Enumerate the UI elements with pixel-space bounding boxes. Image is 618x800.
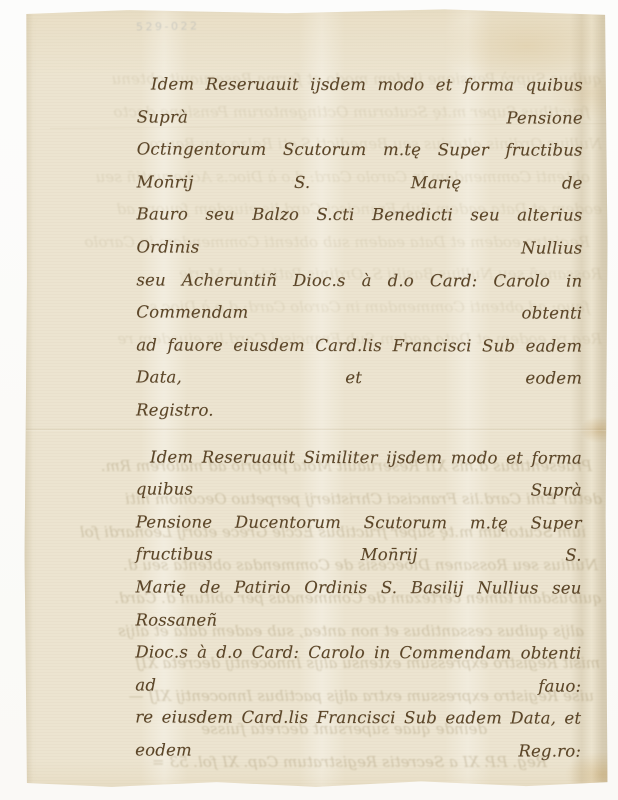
paper-fold-crease xyxy=(26,428,606,431)
manuscript-line: Octingentorum Scutorum m.tę Super fructi… xyxy=(137,134,583,200)
pencil-catalog-note: 529-022 xyxy=(136,19,200,33)
manuscript-line: Dioc.s à d.o Card: Carolo in Commendam o… xyxy=(135,637,581,703)
manuscript-line: Pensione Ducentorum Scutorum m.tę Super … xyxy=(136,506,582,572)
manuscript-line: seu Acheruntiñ Dioc.s à d.o Card: Carolo… xyxy=(136,264,582,330)
manuscript-line: ad fauore eiusdem Card.lis Francisci Sub… xyxy=(136,329,582,395)
manuscript-paragraph-2: Idem Reseruauit Similiter ijsdem modo et… xyxy=(135,441,582,768)
manuscript-page: quibus Suprà Pensione ijsdem modo et for… xyxy=(24,7,608,790)
manuscript-line: Idem Reseruauit Similiter ijsdem modo et… xyxy=(136,441,582,507)
manuscript-line: Marię de Patirio Ordinis S. Basilij Null… xyxy=(135,571,581,637)
manuscript-paragraph-1: Idem Reseruauit ijsdem modo et forma qui… xyxy=(136,68,583,428)
scanner-background: quibus Suprà Pensione ijsdem modo et for… xyxy=(0,0,618,800)
manuscript-line: Bauro seu Balzo S.cti Benedicti seu alte… xyxy=(136,199,582,265)
manuscript-line: re eiusdem Card.lis Francisci Sub eadem … xyxy=(135,702,581,768)
manuscript-text-block: Idem Reseruauit ijsdem modo et forma qui… xyxy=(135,68,583,782)
manuscript-line: Registro. xyxy=(136,394,582,428)
